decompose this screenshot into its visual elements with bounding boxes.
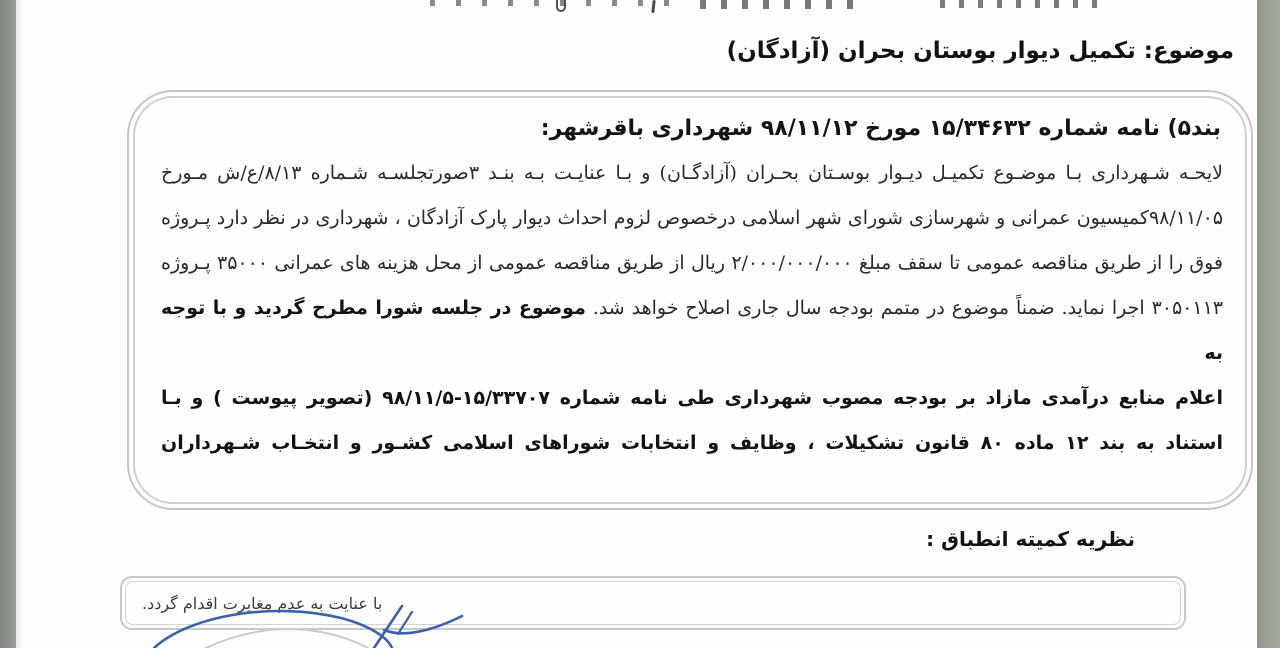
body-line: ۹۸/۱۱/۰۵کمیسیون عمرانی و شهرسازی شورای ش… — [161, 196, 1223, 241]
subject-line: موضوع: تکمیل دیوار بوستان بحران (آزادگان… — [120, 38, 1234, 64]
clipped-text-fragment — [700, 0, 865, 9]
body-line: ۳۰۵۰۱۱۳ اجرا نماید. ضمناً موضوع در متمم … — [161, 286, 1223, 376]
scan-edge-right — [1257, 0, 1280, 648]
clause-body: لایحـه شـهرداری بـا موضـوع تکمیـل دیـوار… — [129, 141, 1251, 471]
scan-edge-left — [0, 0, 16, 648]
clause-box: بند۵) نامه شماره ۱۵/۳۴۶۳۲ مورخ ۹۸/۱۱/۱۲ … — [127, 90, 1253, 510]
body-line: اعلام منابع درآمدی مازاد بر بودجه مصوب ش… — [161, 376, 1223, 421]
body-line: استناد به بند ۱۲ ماده ۸۰ قانون تشکیلات ،… — [161, 421, 1223, 471]
body-line: لایحـه شـهرداری بـا موضـوع تکمیـل دیـوار… — [161, 151, 1223, 196]
compliance-committee-heading: نظریه کمیته انطباق : — [926, 527, 1135, 551]
clipped-text-fragment — [556, 0, 566, 12]
clipped-text-fragment — [430, 0, 680, 6]
clause-heading: بند۵) نامه شماره ۱۵/۳۴۶۳۲ مورخ ۹۸/۱۱/۱۲ … — [129, 92, 1251, 141]
scanned-document-page: موضوع: تکمیل دیوار بوستان بحران (آزادگان… — [0, 0, 1280, 648]
signature — [136, 604, 496, 648]
body-line-regular-segment: ۳۰۵۰۱۱۳ اجرا نماید. ضمناً موضوع در متمم … — [593, 297, 1223, 319]
clipped-text-fragment — [651, 0, 655, 13]
clipped-text-fragment — [940, 0, 1098, 8]
body-line: فوق را از طریق مناقصه عمومی تا سقف مبلغ … — [161, 241, 1223, 286]
